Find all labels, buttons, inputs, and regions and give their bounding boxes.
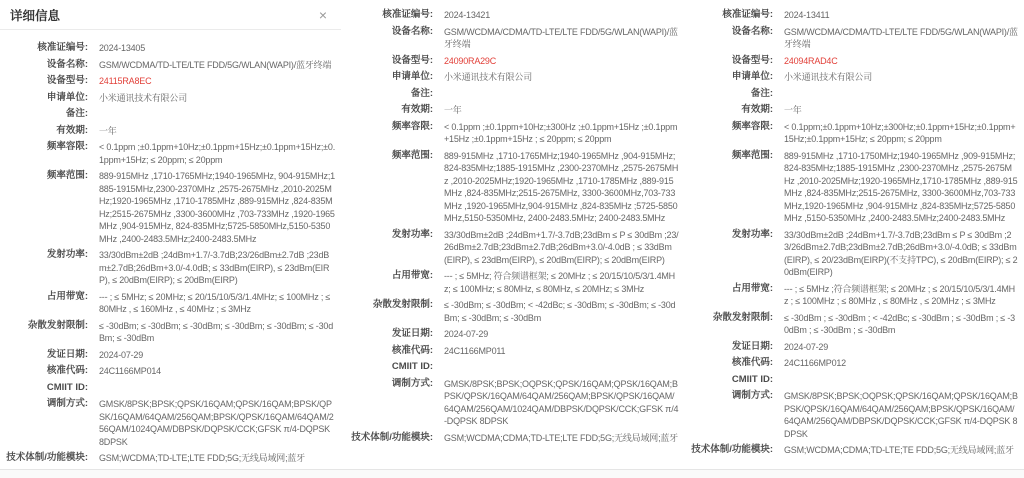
field-label-bandwidth: 占用带宽: [0, 291, 88, 304]
field-value-freq-range: 889-915MHz ,1710-1750MHz;1940-1965MHz ,9… [773, 150, 1024, 225]
field-value-device-model: 24090RA29C [433, 55, 685, 68]
field-label-bandwidth: 占用带宽: [685, 283, 773, 296]
field-row-device-name: 设备名称:GSM/WCDMA/TD-LTE/LTE FDD/5G/WLAN(WA… [0, 59, 341, 72]
field-list: 核准证编号:2024-13405 设备名称:GSM/WCDMA/TD-LTE/L… [0, 30, 341, 465]
field-label-freq-range: 频率范围: [345, 150, 433, 163]
field-value-approval-no: 2024-13421 [433, 9, 685, 22]
field-value-cmiit-id [773, 374, 1024, 387]
detail-panel-3: 核准证编号:2024-13411 设备名称:GSM/WCDMA/CDMA/TD-… [685, 0, 1024, 461]
field-label-device-model: 设备型号: [0, 75, 88, 88]
field-value-bandwidth: --- ; ≤ 5MHz ;符合频谱框架; ≤ 20MHz ; ≤ 20/15/… [773, 283, 1024, 308]
field-value-tech-modules: GSM;WCDMA;CDMA;TD-LTE;LTE FDD;5G;无线局域网;蓝… [433, 432, 685, 445]
field-value-tx-power: 33/30dBm±2dB ;24dBm+1.7/-3.7dB;23/26dBm±… [88, 249, 341, 287]
field-row-remark: 备注: [685, 88, 1024, 101]
field-row-approval-no: 核准证编号:2024-13421 [345, 9, 685, 22]
field-value-applicant: 小米通讯技术有限公司 [773, 71, 1024, 84]
field-value-device-name: GSM/WCDMA/CDMA/TD-LTE/LTE FDD/5G/WLAN(WA… [433, 26, 685, 51]
bottom-divider [0, 469, 1024, 478]
detail-panel-header: 详细信息 × [0, 0, 341, 30]
field-value-bandwidth: --- ; ≤ 5MHz; ≤ 20MHz; ≤ 20/15/10/5/3/1.… [88, 291, 341, 316]
field-row-spurious-limit: 杂散发射限制:≤ -30dBm; ≤ -30dBm; ≤ -30dBm; ≤ -… [0, 320, 341, 345]
field-row-spurious-limit: 杂散发射限制:≤ -30dBm ; ≤ -30dBm ; < -42dBc; ≤… [685, 312, 1024, 337]
field-row-modulation: 调制方式:GMSK/8PSK;BPSK;OQPSK;QPSK/16QAM;QPS… [345, 378, 685, 428]
field-value-freq-range: 889-915MHz ,1710-1765MHz;1940-1965MHz ,9… [433, 150, 685, 225]
field-label-remark: 备注: [0, 108, 88, 121]
field-row-device-name: 设备名称:GSM/WCDMA/CDMA/TD-LTE/LTE FDD/5G/WL… [345, 26, 685, 51]
field-value-device-model: 24115RA8EC [88, 75, 341, 88]
field-label-freq-tolerance: 频率容限: [0, 141, 88, 154]
field-label-device-name: 设备名称: [0, 59, 88, 72]
field-label-spurious-limit: 杂散发射限制: [0, 320, 88, 333]
field-label-issue-date: 发证日期: [685, 341, 773, 354]
detail-panel-1: 详细信息 × 核准证编号:2024-13405 设备名称:GSM/WCDMA/T… [0, 0, 341, 469]
detail-panel-2: 核准证编号:2024-13421 设备名称:GSM/WCDMA/CDMA/TD-… [345, 0, 685, 448]
field-row-modulation: 调制方式:GMSK/8PSK;BPSK;QPSK/16QAM;QPSK/16QA… [0, 398, 341, 448]
field-value-remark [88, 108, 341, 121]
field-value-freq-range: 889-915MHz ,1710-1765MHz;1940-1965MHz, 9… [88, 170, 341, 245]
field-row-bandwidth: 占用带宽:--- ; ≤ 5MHz; ≤ 20MHz; ≤ 20/15/10/5… [0, 291, 341, 316]
field-label-approval-no: 核准证编号: [0, 42, 88, 55]
field-value-tx-power: 33/30dBm±2dB ;24dBm+1.7/-3.7dB;23dBm ≤ P… [433, 229, 685, 267]
field-label-freq-tolerance: 频率容限: [345, 121, 433, 134]
field-row-approval-no: 核准证编号:2024-13411 [685, 9, 1024, 22]
field-label-cmiit-id: CMIIT ID: [685, 374, 773, 387]
page-title: 详细信息 [10, 6, 60, 24]
field-row-device-model: 设备型号:24115RA8EC [0, 75, 341, 88]
field-label-spurious-limit: 杂散发射限制: [685, 312, 773, 325]
field-value-approval-no: 2024-13411 [773, 9, 1024, 22]
field-label-tech-modules: 技术体制/功能模块: [345, 432, 433, 445]
field-value-device-model: 24094RAD4C [773, 55, 1024, 68]
field-label-applicant: 申请单位: [345, 71, 433, 84]
field-label-validity: 有效期: [345, 104, 433, 117]
field-label-freq-range: 频率范围: [0, 170, 88, 183]
field-label-cmiit-id: CMIIT ID: [345, 361, 433, 374]
field-label-validity: 有效期: [685, 104, 773, 117]
field-row-freq-range: 频率范围:889-915MHz ,1710-1765MHz;1940-1965M… [0, 170, 341, 245]
field-row-freq-range: 频率范围:889-915MHz ,1710-1765MHz;1940-1965M… [345, 150, 685, 225]
field-label-tech-modules: 技术体制/功能模块: [685, 444, 773, 457]
field-row-device-model: 设备型号:24090RA29C [345, 55, 685, 68]
field-label-device-model: 设备型号: [345, 55, 433, 68]
field-row-validity: 有效期:一年 [0, 125, 341, 138]
field-row-tech-modules: 技术体制/功能模块:GSM;WCDMA;TD-LTE;LTE FDD;5G;无线… [0, 452, 341, 465]
field-row-bandwidth: 占用带宽:--- ; ≤ 5MHz; 符合频谱框架; ≤ 20MHz ; ≤ 2… [345, 270, 685, 295]
field-row-freq-tolerance: 频率容限:< 0.1ppm ;±0.1ppm+10Hz;±0.1ppm+15Hz… [0, 141, 341, 166]
field-value-issue-date: 2024-07-29 [88, 349, 341, 362]
field-value-tech-modules: GSM;WCDMA;TD-LTE;LTE FDD;5G;无线局域网;蓝牙 [88, 452, 341, 465]
field-value-device-name: GSM/WCDMA/CDMA/TD-LTE/LTE FDD/5G/WLAN(WA… [773, 26, 1024, 51]
field-label-spurious-limit: 杂散发射限制: [345, 299, 433, 312]
field-label-tx-power: 发射功率: [685, 229, 773, 242]
field-value-approval-code: 24C1166MP014 [88, 365, 341, 378]
field-label-cmiit-id: CMIIT ID: [0, 382, 88, 395]
field-row-applicant: 申请单位:小米通讯技术有限公司 [685, 71, 1024, 84]
field-row-validity: 有效期:一年 [685, 104, 1024, 117]
field-row-freq-range: 频率范围:889-915MHz ,1710-1750MHz;1940-1965M… [685, 150, 1024, 225]
field-row-freq-tolerance: 频率容限:< 0.1ppm ;±0.1ppm+10Hz;±300Hz ;±0.1… [345, 121, 685, 146]
field-list: 核准证编号:2024-13421 设备名称:GSM/WCDMA/CDMA/TD-… [345, 0, 685, 444]
field-label-device-name: 设备名称: [345, 26, 433, 39]
field-row-freq-tolerance: 频率容限:< 0.1ppm;±0.1ppm+10Hz;±300Hz;±0.1pp… [685, 121, 1024, 146]
field-row-tx-power: 发射功率:33/30dBm±2dB ;24dBm+1.7/-3.7dB;23dB… [685, 229, 1024, 279]
field-value-bandwidth: --- ; ≤ 5MHz; 符合频谱框架; ≤ 20MHz ; ≤ 20/15/… [433, 270, 685, 295]
field-row-tech-modules: 技术体制/功能模块:GSM;WCDMA;CDMA;TD-LTE;TE FDD;5… [685, 444, 1024, 457]
field-row-tx-power: 发射功率:33/30dBm±2dB ;24dBm+1.7/-3.7dB;23dB… [345, 229, 685, 267]
field-value-approval-code: 24C1166MP012 [773, 357, 1024, 370]
field-row-cmiit-id: CMIIT ID: [0, 382, 341, 395]
field-value-validity: 一年 [773, 104, 1024, 117]
field-label-device-model: 设备型号: [685, 55, 773, 68]
field-value-modulation: GMSK/8PSK;BPSK;OQPSK;QPSK/16QAM;QPSK/16Q… [773, 390, 1024, 440]
field-label-remark: 备注: [345, 88, 433, 101]
field-label-device-name: 设备名称: [685, 26, 773, 39]
field-row-approval-code: 核准代码:24C1166MP011 [345, 345, 685, 358]
field-row-cmiit-id: CMIIT ID: [345, 361, 685, 374]
field-row-issue-date: 发证日期:2024-07-29 [0, 349, 341, 362]
field-value-spurious-limit: ≤ -30dBm; ≤ -30dBm; < -42dBc; ≤ -30dBm; … [433, 299, 685, 324]
field-row-tech-modules: 技术体制/功能模块:GSM;WCDMA;CDMA;TD-LTE;LTE FDD;… [345, 432, 685, 445]
field-row-bandwidth: 占用带宽:--- ; ≤ 5MHz ;符合频谱框架; ≤ 20MHz ; ≤ 2… [685, 283, 1024, 308]
field-label-validity: 有效期: [0, 125, 88, 138]
field-value-approval-code: 24C1166MP011 [433, 345, 685, 358]
field-row-approval-code: 核准代码:24C1166MP012 [685, 357, 1024, 370]
close-icon[interactable]: × [315, 6, 331, 24]
field-row-approval-code: 核准代码:24C1166MP014 [0, 365, 341, 378]
field-label-remark: 备注: [685, 88, 773, 101]
field-label-issue-date: 发证日期: [345, 328, 433, 341]
field-value-validity: 一年 [88, 125, 341, 138]
field-value-freq-tolerance: < 0.1ppm;±0.1ppm+10Hz;±300Hz;±0.1ppm+15H… [773, 121, 1024, 146]
field-label-tx-power: 发射功率: [345, 229, 433, 242]
field-value-applicant: 小米通讯技术有限公司 [88, 92, 341, 105]
field-row-spurious-limit: 杂散发射限制:≤ -30dBm; ≤ -30dBm; < -42dBc; ≤ -… [345, 299, 685, 324]
field-label-approval-no: 核准证编号: [345, 9, 433, 22]
field-value-tx-power: 33/30dBm±2dB ;24dBm+1.7/-3.7dB;23dBm ≤ P… [773, 229, 1024, 279]
field-value-issue-date: 2024-07-29 [433, 328, 685, 341]
field-value-approval-no: 2024-13405 [88, 42, 341, 55]
field-label-freq-range: 频率范围: [685, 150, 773, 163]
field-label-bandwidth: 占用带宽: [345, 270, 433, 283]
field-value-validity: 一年 [433, 104, 685, 117]
field-value-device-name: GSM/WCDMA/TD-LTE/LTE FDD/5G/WLAN(WAPI)/蓝… [88, 59, 341, 72]
field-value-freq-tolerance: < 0.1ppm ;±0.1ppm+10Hz;±0.1ppm+15Hz;±0.1… [88, 141, 341, 166]
field-row-applicant: 申请单位:小米通讯技术有限公司 [345, 71, 685, 84]
field-value-cmiit-id [88, 382, 341, 395]
field-value-modulation: GMSK/8PSK;BPSK;QPSK/16QAM;QPSK/16QAM;BPS… [88, 398, 341, 448]
field-value-spurious-limit: ≤ -30dBm; ≤ -30dBm; ≤ -30dBm; ≤ -30dBm; … [88, 320, 341, 345]
field-label-applicant: 申请单位: [0, 92, 88, 105]
field-value-tech-modules: GSM;WCDMA;CDMA;TD-LTE;TE FDD;5G;无线局域网;蓝牙 [773, 444, 1024, 457]
field-label-tech-modules: 技术体制/功能模块: [0, 452, 88, 465]
field-value-modulation: GMSK/8PSK;BPSK;OQPSK;QPSK/16QAM;QPSK/16Q… [433, 378, 685, 428]
field-label-approval-no: 核准证编号: [685, 9, 773, 22]
field-label-approval-code: 核准代码: [345, 345, 433, 358]
field-value-issue-date: 2024-07-29 [773, 341, 1024, 354]
field-label-modulation: 调制方式: [685, 390, 773, 403]
field-label-freq-tolerance: 频率容限: [685, 121, 773, 134]
field-row-device-model: 设备型号:24094RAD4C [685, 55, 1024, 68]
field-value-cmiit-id [433, 361, 685, 374]
field-label-approval-code: 核准代码: [685, 357, 773, 370]
field-row-cmiit-id: CMIIT ID: [685, 374, 1024, 387]
field-row-applicant: 申请单位:小米通讯技术有限公司 [0, 92, 341, 105]
field-list: 核准证编号:2024-13411 设备名称:GSM/WCDMA/CDMA/TD-… [685, 0, 1024, 457]
field-row-modulation: 调制方式:GMSK/8PSK;BPSK;OQPSK;QPSK/16QAM;QPS… [685, 390, 1024, 440]
field-label-issue-date: 发证日期: [0, 349, 88, 362]
field-value-freq-tolerance: < 0.1ppm ;±0.1ppm+10Hz;±300Hz ;±0.1ppm+1… [433, 121, 685, 146]
field-row-device-name: 设备名称:GSM/WCDMA/CDMA/TD-LTE/LTE FDD/5G/WL… [685, 26, 1024, 51]
field-label-applicant: 申请单位: [685, 71, 773, 84]
field-row-tx-power: 发射功率:33/30dBm±2dB ;24dBm+1.7/-3.7dB;23/2… [0, 249, 341, 287]
field-row-issue-date: 发证日期:2024-07-29 [345, 328, 685, 341]
field-value-applicant: 小米通讯技术有限公司 [433, 71, 685, 84]
field-row-issue-date: 发证日期:2024-07-29 [685, 341, 1024, 354]
field-value-remark [773, 88, 1024, 101]
field-label-modulation: 调制方式: [0, 398, 88, 411]
field-label-approval-code: 核准代码: [0, 365, 88, 378]
field-row-remark: 备注: [0, 108, 341, 121]
field-value-spurious-limit: ≤ -30dBm ; ≤ -30dBm ; < -42dBc; ≤ -30dBm… [773, 312, 1024, 337]
field-row-approval-no: 核准证编号:2024-13405 [0, 42, 341, 55]
field-label-tx-power: 发射功率: [0, 249, 88, 262]
field-row-remark: 备注: [345, 88, 685, 101]
field-value-remark [433, 88, 685, 101]
field-label-modulation: 调制方式: [345, 378, 433, 391]
field-row-validity: 有效期:一年 [345, 104, 685, 117]
